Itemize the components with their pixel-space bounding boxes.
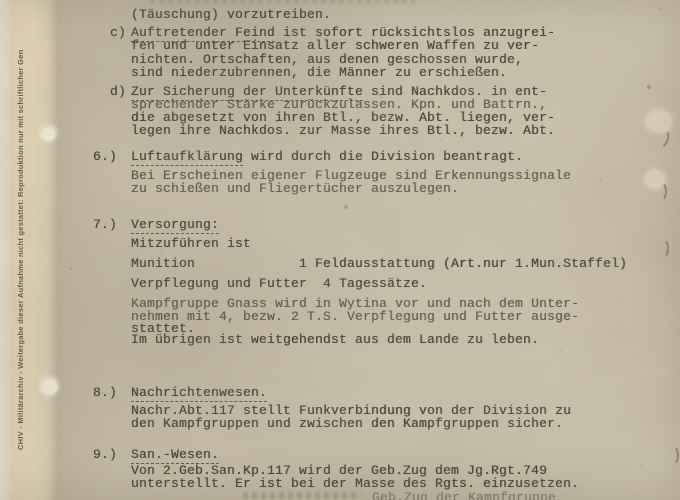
- doc-line: den Kampfgruppen und zwischen den Kampfg…: [131, 417, 563, 431]
- section-number-6: 6.): [93, 150, 117, 164]
- doc-line: zu schießen und Fliegertücher auszulegen…: [131, 182, 459, 196]
- document-text: (Täuschung) vorzutreiben. c) Auftretende…: [0, 0, 680, 500]
- cut-bottom-line: Geb.Zug der Kampfgruppe: [372, 491, 556, 500]
- section-heading: San.-Wesen.: [131, 448, 219, 462]
- scan-noise: [0, 0, 2, 2]
- list-label-c: c): [110, 26, 126, 40]
- section-heading: Nachrichtenwesen.: [131, 386, 267, 400]
- doc-line: legen ihre Nachkdos. zur Masse ihres Btl…: [131, 124, 555, 138]
- underlined-heading: Luftaufklärung: [131, 149, 243, 166]
- underlined-heading: Versorgung:: [131, 217, 219, 234]
- cut-line-smudge: [150, 0, 415, 3]
- doc-line: Munition 1 Feldausstattung (Art.nur 1.Mu…: [131, 257, 627, 271]
- section-number-7: 7.): [93, 218, 117, 232]
- section-number-8: 8.): [93, 386, 117, 400]
- doc-line: Im übrigen ist weitgehendst aus dem Land…: [131, 333, 539, 347]
- section-heading: Luftaufklärung wird durch die Division b…: [131, 150, 523, 164]
- doc-line: fen und unter Einsatz aller schweren Waf…: [131, 39, 539, 53]
- underlined-heading: San.-Wesen.: [131, 447, 219, 464]
- section-number-9: 9.): [93, 448, 117, 462]
- line-rest: wird durch die Division beantragt.: [243, 149, 523, 164]
- doc-line: (Täuschung) vorzutreiben.: [131, 8, 331, 22]
- section-heading: Versorgung:: [131, 218, 219, 232]
- underlined-heading: Nachrichtenwesen.: [131, 385, 267, 402]
- illegible-text-smudge: [243, 492, 361, 499]
- doc-line: nehmen mit 4, bezw. 2 T.S. Verpflegung u…: [131, 310, 579, 324]
- scanned-document-page: CHIV - Militärarchiv - Weitergabe dieser…: [0, 0, 680, 500]
- doc-line: sind niederzubrennen, die Männer zu ersc…: [131, 66, 507, 80]
- list-label-d: d): [110, 85, 126, 99]
- doc-line: Mitzuführen ist: [131, 237, 251, 251]
- doc-line: Verpflegung und Futter 4 Tagessätze.: [131, 277, 427, 291]
- doc-line: unterstellt. Er ist bei der Masse des Rg…: [131, 477, 579, 491]
